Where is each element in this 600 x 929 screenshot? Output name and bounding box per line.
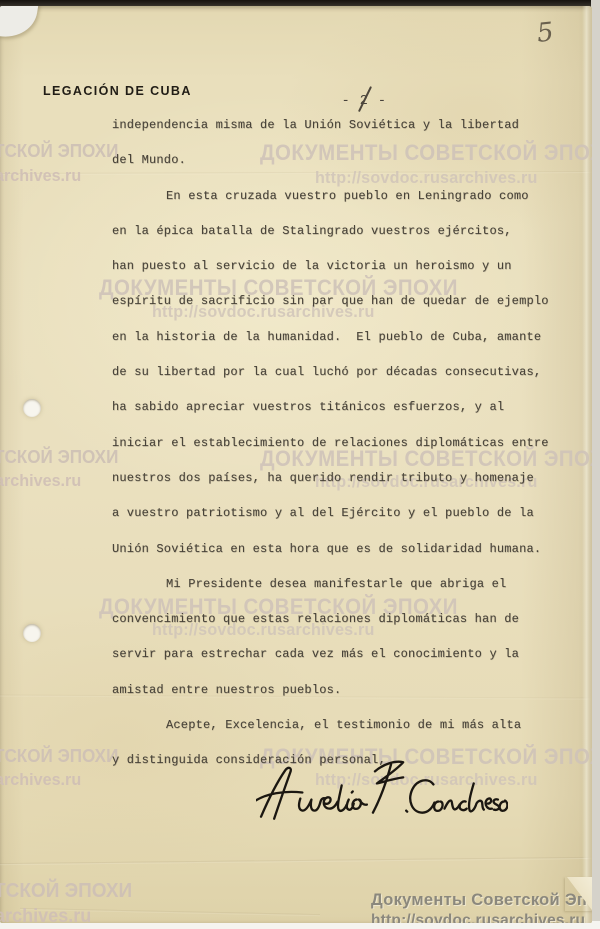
watermark-footer-url: http://sovdoc.rusarchives.ru [371, 912, 585, 923]
folded-corner [565, 877, 592, 911]
letter-line: en la historia de la humanidad. El puebl… [112, 320, 582, 355]
crease-line [20, 908, 320, 916]
scanned-document: ТСКОЙ ЭПОХИ archives.ru ДОКУМЕНТЫ СОВЕТС… [0, 0, 600, 929]
crease-line [0, 857, 592, 865]
letter-line: ha sabido apreciar vuestros titánicos es… [112, 390, 582, 425]
page-edge-highlight [582, 6, 592, 923]
letter-line: han puesto al servicio de la victoria un… [112, 249, 582, 284]
letter-line: del Mundo. [112, 143, 582, 178]
watermark-fragment-label: ТСКОЙ ЭПОХИ [0, 447, 118, 468]
torn-corner [0, 6, 39, 41]
page-mark-dash-right: - [378, 94, 388, 109]
watermark-fragment-url: archives.ru [0, 166, 81, 186]
watermark-fragment-label: ТСКОЙ ЭПОХИ [0, 880, 132, 903]
pencil-page-number: 5 [535, 17, 555, 49]
watermark-footer-label: Документы Советской Эпохи [371, 890, 592, 910]
letter-line: Mi Presidente desea manifestarle que abr… [112, 567, 582, 602]
letter-page: ТСКОЙ ЭПОХИ archives.ru ДОКУМЕНТЫ СОВЕТС… [0, 6, 592, 923]
letter-line: de su libertad por la cual luchó por déc… [112, 355, 582, 390]
letter-line: nuestros dos países, ha querido rendir t… [112, 461, 582, 496]
letter-line: convencimiento que estas relaciones dipl… [112, 602, 582, 637]
page-mark-struck-number: 2 [360, 94, 370, 109]
watermark-fragment-url: archives.ru [0, 471, 81, 491]
punch-hole [23, 624, 41, 642]
letter-line: iniciar el establecimiento de relaciones… [112, 426, 582, 461]
page-mark-dash-left: - [342, 94, 352, 109]
watermark-fragment-url: archives.ru [0, 770, 81, 790]
letter-body: independencia misma de la Unión Soviétic… [112, 108, 582, 779]
letter-line: espíritu de sacrificio sin par que han d… [112, 284, 582, 319]
watermark-fragment-url: archives.ru [0, 906, 91, 923]
scan-right-edge [591, 0, 600, 929]
letter-line: a vuestro patriotismo y al del Ejército … [112, 496, 582, 531]
letter-line: independencia misma de la Unión Soviétic… [112, 108, 582, 143]
letter-line: en la épica batalla de Stalingrado vuest… [112, 214, 582, 249]
letterhead: LEGACIÓN DE CUBA [43, 84, 192, 98]
letter-line: Unión Soviética en esta hora que es de s… [112, 532, 582, 567]
letter-line: En esta cruzada vuestro pueblo en Lening… [112, 179, 582, 214]
letter-line: Acepte, Excelencia, el testimonio de mi … [112, 708, 582, 743]
punch-hole [23, 399, 41, 417]
watermark-fragment-label: ТСКОЙ ЭПОХИ [0, 141, 118, 162]
watermark-fragment-label: ТСКОЙ ЭПОХИ [0, 746, 118, 767]
letter-line: amistad entre nuestros pueblos. [112, 673, 582, 708]
letter-line: servir para estrechar cada vez más el co… [112, 637, 582, 672]
